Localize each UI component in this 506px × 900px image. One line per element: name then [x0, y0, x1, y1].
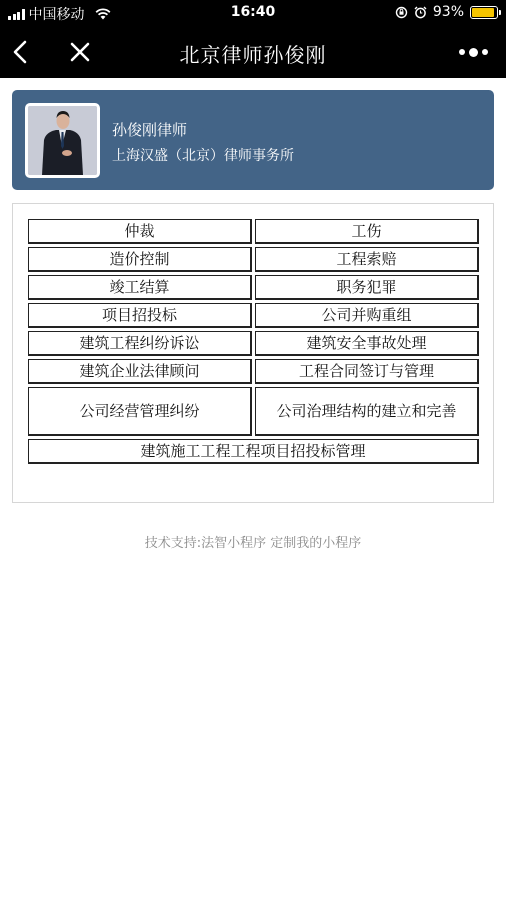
practice-area-item[interactable]: 工程索赔 — [255, 247, 479, 272]
practice-area-item[interactable]: 仲裁 — [28, 219, 252, 244]
tech-support-text: 技术支持:法智小程序 — [145, 536, 266, 551]
orientation-lock-icon — [395, 6, 408, 19]
practice-areas-card: 仲裁 工伤 造价控制 工程索赔 竣工结算 职务犯罪 项目招投标 公司并购重组 建… — [12, 203, 494, 503]
alarm-icon — [414, 6, 427, 19]
more-dot-icon — [459, 49, 465, 55]
practice-area-item[interactable]: 竣工结算 — [28, 275, 252, 300]
practice-area-item[interactable]: 建筑企业法律顾问 — [28, 359, 252, 384]
status-right: 93% — [395, 4, 498, 20]
page-title: 北京律师孙俊刚 — [0, 39, 506, 68]
practice-area-item[interactable]: 公司治理结构的建立和完善 — [255, 387, 479, 436]
practice-area-item[interactable]: 工伤 — [255, 219, 479, 244]
practice-area-item[interactable]: 建筑工程纠纷诉讼 — [28, 331, 252, 356]
practice-area-item[interactable]: 公司并购重组 — [255, 303, 479, 328]
lawyer-name: 孙俊刚律师 — [112, 119, 187, 140]
practice-area-item[interactable]: 建筑施工工程工程项目招投标管理 — [28, 439, 479, 464]
nav-bar: 北京律师孙俊刚 — [0, 26, 506, 78]
customize-mini-program-link[interactable]: 定制我的小程序 — [270, 536, 361, 551]
lawyer-photo — [28, 106, 97, 175]
more-button[interactable] — [456, 42, 490, 62]
practice-area-item[interactable]: 职务犯罪 — [255, 275, 479, 300]
lawyer-profile-card[interactable]: 孙俊刚律师 上海汉盛（北京）律师事务所 — [12, 90, 494, 190]
practice-area-item[interactable]: 公司经营管理纠纷 — [28, 387, 252, 436]
more-dot-icon — [482, 49, 488, 55]
more-dot-icon — [469, 48, 478, 57]
practice-area-item[interactable]: 造价控制 — [28, 247, 252, 272]
law-firm-name: 上海汉盛（北京）律师事务所 — [112, 145, 294, 165]
practice-area-item[interactable]: 工程合同签订与管理 — [255, 359, 479, 384]
practice-area-item[interactable]: 项目招投标 — [28, 303, 252, 328]
practice-area-item[interactable]: 建筑安全事故处理 — [255, 331, 479, 356]
battery-percent: 93% — [433, 4, 464, 20]
footer: 技术支持:法智小程序 定制我的小程序 — [0, 532, 506, 551]
status-bar: 中国移动 16:40 93% — [0, 0, 506, 26]
avatar — [25, 103, 100, 178]
battery-icon — [470, 6, 498, 19]
